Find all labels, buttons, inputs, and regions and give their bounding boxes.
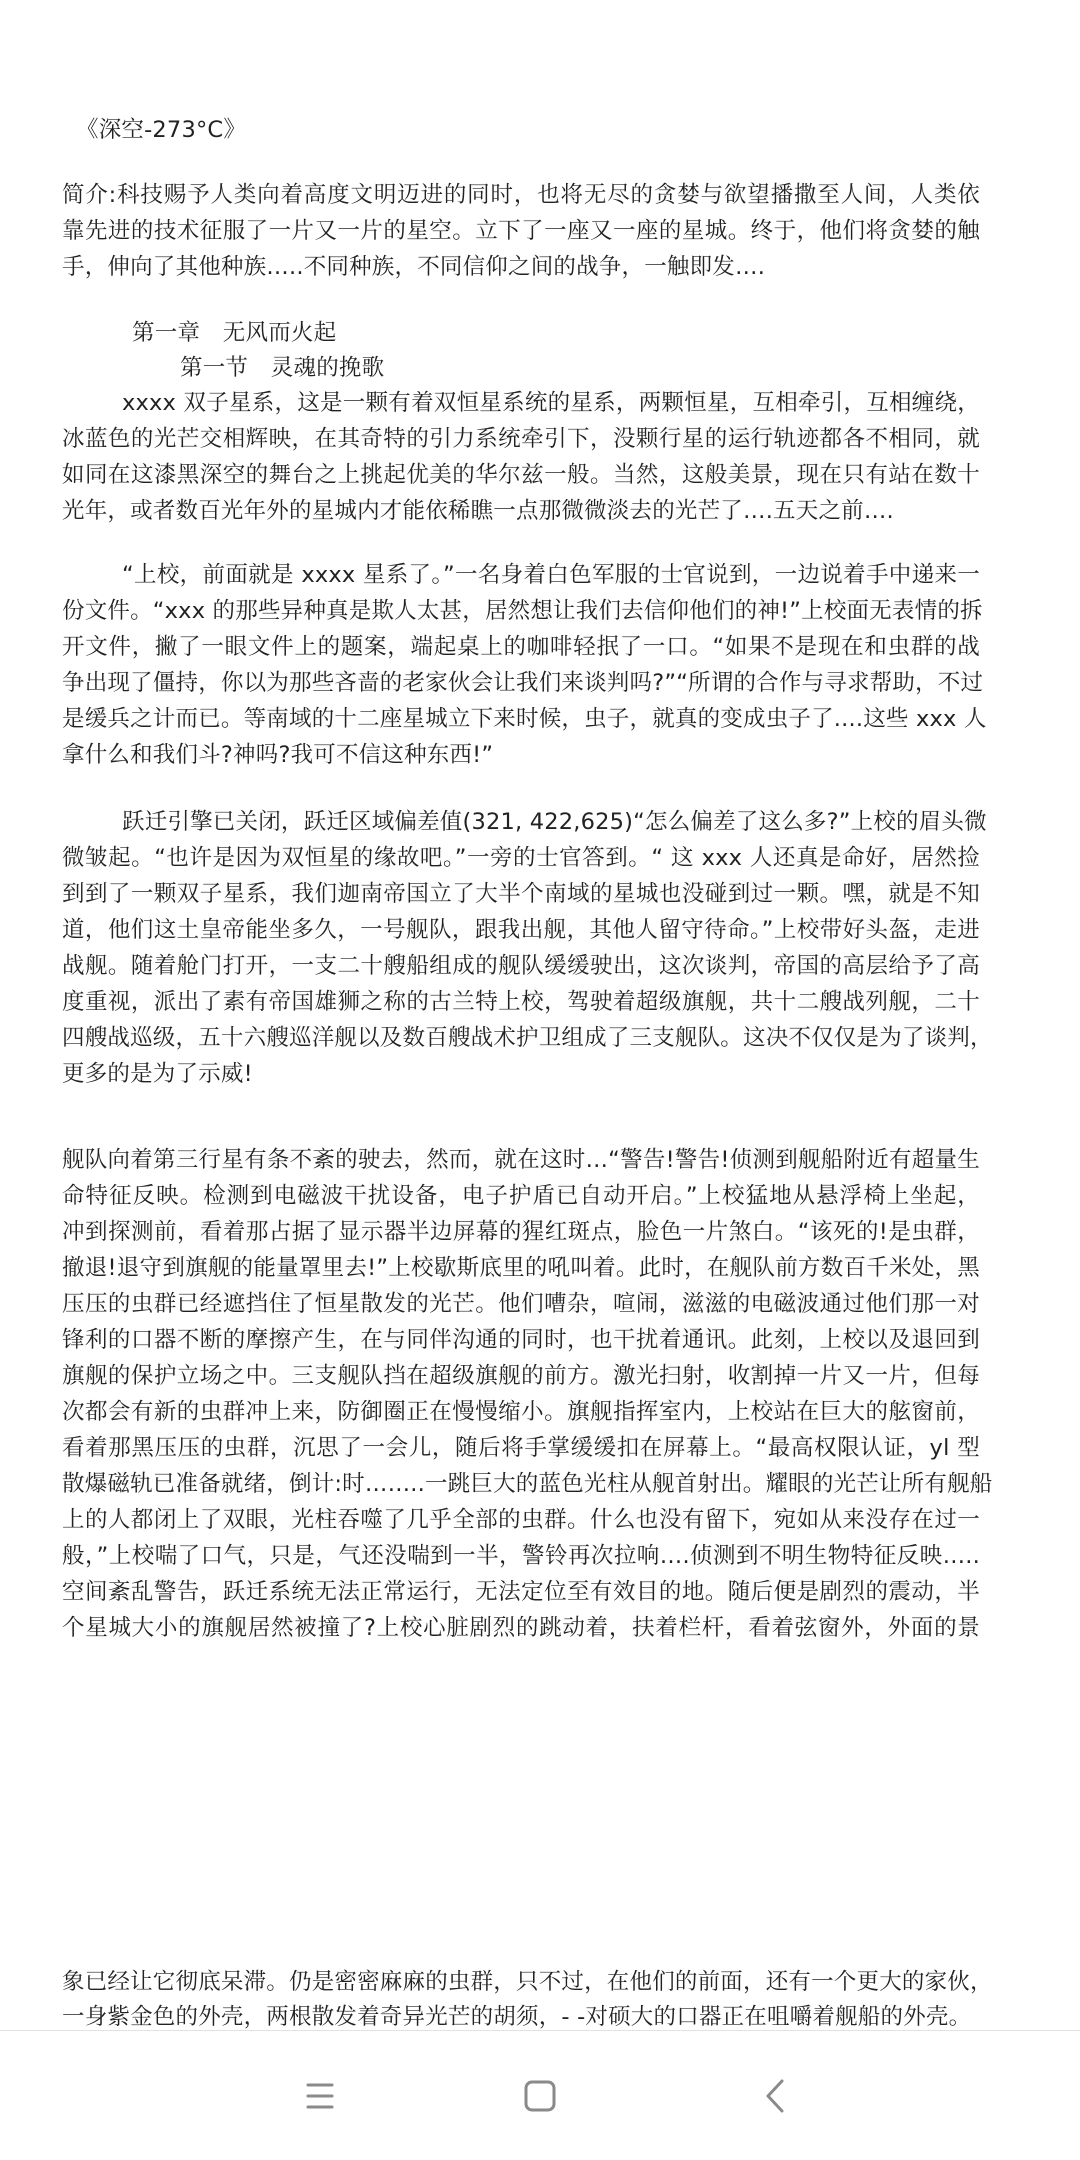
paragraph-line: 更多的是为了示威! bbox=[62, 1056, 980, 1092]
paragraph-line: 旗舰的保护立场之中。三支舰队挡在超级旗舰的前方。激光扫射，收割掉一片又一片，但每 bbox=[62, 1358, 980, 1394]
paragraph-line: 命特征反映。检测到电磁波干扰设备，电子护盾已自动开启。”上校猛地从悬浮椅上坐起， bbox=[62, 1178, 980, 1214]
section-title: 第一节 灵魂的挽歌 bbox=[180, 350, 1080, 386]
paragraph-line: 空间紊乱警告，跃迁系统无法正常运行，无法定位至有效目的地。随后便是剧烈的震动，半 bbox=[62, 1574, 980, 1610]
paragraph-line: 份文件。“xxx 的那些异种真是欺人太甚，居然想让我们去信仰他们的神!”上校面无… bbox=[62, 593, 980, 629]
paragraph-line: 冲到探测前，看着那占据了显示器半边屏幕的猩红斑点，脸色一片煞白。“该死的!是虫群… bbox=[62, 1214, 980, 1250]
chapter-title: 第一章 无风而火起 bbox=[132, 315, 1050, 351]
paragraph-line: “上校，前面就是 xxxx 星系了。”一名身着白色军服的士官说到，一边说着手中递… bbox=[122, 557, 980, 593]
paragraph-line: 冰蓝色的光芒交相辉映，在其奇特的引力系统牵引下，没颗行星的运行轨迹都各不相同，就 bbox=[62, 421, 980, 457]
paragraph-line: 跃迁引擎已关闭，跃迁区域偏差值(321, 422,625)“怎么偏差了这么多?”… bbox=[122, 804, 980, 840]
paragraph-line: 个星城大小的旗舰居然被撞了?上校心脏剧烈的跳动着，扶着栏杆，看着弦窗外，外面的景 bbox=[62, 1610, 980, 1646]
intro-line: 手，伸向了其他种族…..不同种族，不同信仰之间的战争，一触即发…. bbox=[62, 249, 980, 285]
intro-line: 简介:科技赐予人类向着高度文明迈进的同时，也将无尽的贪婪与欲望播撒至人间，人类依 bbox=[62, 177, 980, 213]
menu-button[interactable] bbox=[275, 2051, 365, 2141]
paragraph-line: 度重视，派出了素有帝国雄狮之称的古兰特上校，驾驶着超级旗舰，共十二艘战列舰，二十 bbox=[62, 984, 980, 1020]
back-button[interactable] bbox=[730, 2051, 820, 2141]
back-chevron-icon bbox=[765, 2079, 785, 2113]
paragraph-line: 次都会有新的虫群冲上来，防御圈正在慢慢缩小。旗舰指挥室内，上校站在巨大的舷窗前， bbox=[62, 1394, 980, 1430]
paragraph-line: 锋利的口器不断的摩擦产生，在与同伴沟通的同时，也干扰着通讯。此刻，上校以及退回到 bbox=[62, 1322, 980, 1358]
intro-line: 靠先进的技术征服了一片又一片的星空。立下了一座又一座的星城。终于，他们将贪婪的触 bbox=[62, 213, 980, 249]
paragraph-line: xxxx 双子星系，这是一颗有着双恒星系统的星系，两颗恒星，互相牵引，互相缠绕， bbox=[122, 385, 980, 421]
paragraph-line: 到到了一颗双子星系，我们迦南帝国立了大半个南域的星城也没碰到过一颗。嘿，就是不知 bbox=[62, 876, 980, 912]
paragraph-line: 散爆磁轨已准备就绪，倒计:时……..一跳巨大的蓝色光柱从舰首射出。耀眼的光芒让所… bbox=[62, 1466, 980, 1502]
paragraph-line: 是缓兵之计而已。等南域的十二座星城立下来时候，虫子，就真的变成虫子了....这些… bbox=[62, 701, 980, 737]
paragraph-line: 拿什么和我们斗?神吗?我可不信这种东西!” bbox=[62, 737, 980, 773]
paragraph-line: 上的人都闭上了双眼，光柱吞噬了几乎全部的虫群。什么也没有留下，宛如从来没存在过一 bbox=[62, 1502, 980, 1538]
paragraph-line: 象已经让它彻底呆滞。仍是密密麻麻的虫群，只不过，在他们的前面，还有一个更大的家伙… bbox=[62, 1964, 980, 2000]
paragraph-line: 看着那黑压压的虫群，沉思了一会儿，随后将手掌缓缓扣在屏幕上。“最高权限认证，yl… bbox=[62, 1430, 980, 1466]
book-title: 《深空-273°C》 bbox=[76, 112, 994, 148]
paragraph-line: 般，”上校喘了口气，只是，气还没喘到一半，警铃再次拉响….侦测到不明生物特征反映… bbox=[62, 1538, 980, 1574]
paragraph-line: 战舰。随着舱门打开，一支二十艘船组成的舰队缓缓驶出，这次谈判，帝国的高层给予了高 bbox=[62, 948, 980, 984]
reader-page[interactable]: 《深空-273°C》 简介:科技赐予人类向着高度文明迈进的同时，也将无尽的贪婪与… bbox=[0, 0, 1080, 2030]
paragraph-line: 道，他们这土皇帝能坐多久，一号舰队，跟我出舰，其他人留守待命。”上校带好头盔，走… bbox=[62, 912, 980, 948]
paragraph-line: 撤退!退守到旗舰的能量罩里去!”上校歇斯底里的吼叫着。此时，在舰队前方数百千米处… bbox=[62, 1250, 980, 1286]
paragraph-line: 争出现了僵持，你以为那些吝啬的老家伙会让我们来谈判吗?”“所谓的合作与寻求帮助，… bbox=[62, 665, 980, 701]
paragraph-line: 舰队向着第三行星有条不紊的驶去，然而，就在这时…“警告!警告!侦测到舰船附近有超… bbox=[62, 1142, 980, 1178]
paragraph-line: 开文件，撇了一眼文件上的题案，端起桌上的咖啡轻抿了一口。“如果不是现在和虫群的战 bbox=[62, 629, 980, 665]
paragraph-line: 四艘战巡级，五十六艘巡洋舰以及数百艘战术护卫组成了三支舰队。这决不仅仅是为了谈判… bbox=[62, 1020, 980, 1056]
paragraph-line: 微皱起。“也许是因为双恒星的缘故吧。”一旁的士官答到。“ 这 xxx 人还真是命… bbox=[62, 840, 980, 876]
home-button[interactable] bbox=[495, 2051, 585, 2141]
menu-icon bbox=[305, 2081, 335, 2111]
paragraph-line: 光年，或者数百光年外的星城内才能依稀瞧一点那微微淡去的光芒了….五天之前…. bbox=[62, 493, 980, 529]
paragraph-line: 如同在这漆黑深空的舞台之上挑起优美的华尔兹一般。当然，这般美景，现在只有站在数十 bbox=[62, 457, 980, 493]
home-square-icon bbox=[524, 2080, 556, 2112]
paragraph-line: 压压的虫群已经遮挡住了恒星散发的光芒。他们嘈杂，喧闹，滋滋的电磁波通过他们那一对 bbox=[62, 1286, 980, 1322]
system-navigation-bar bbox=[0, 2031, 1080, 2160]
